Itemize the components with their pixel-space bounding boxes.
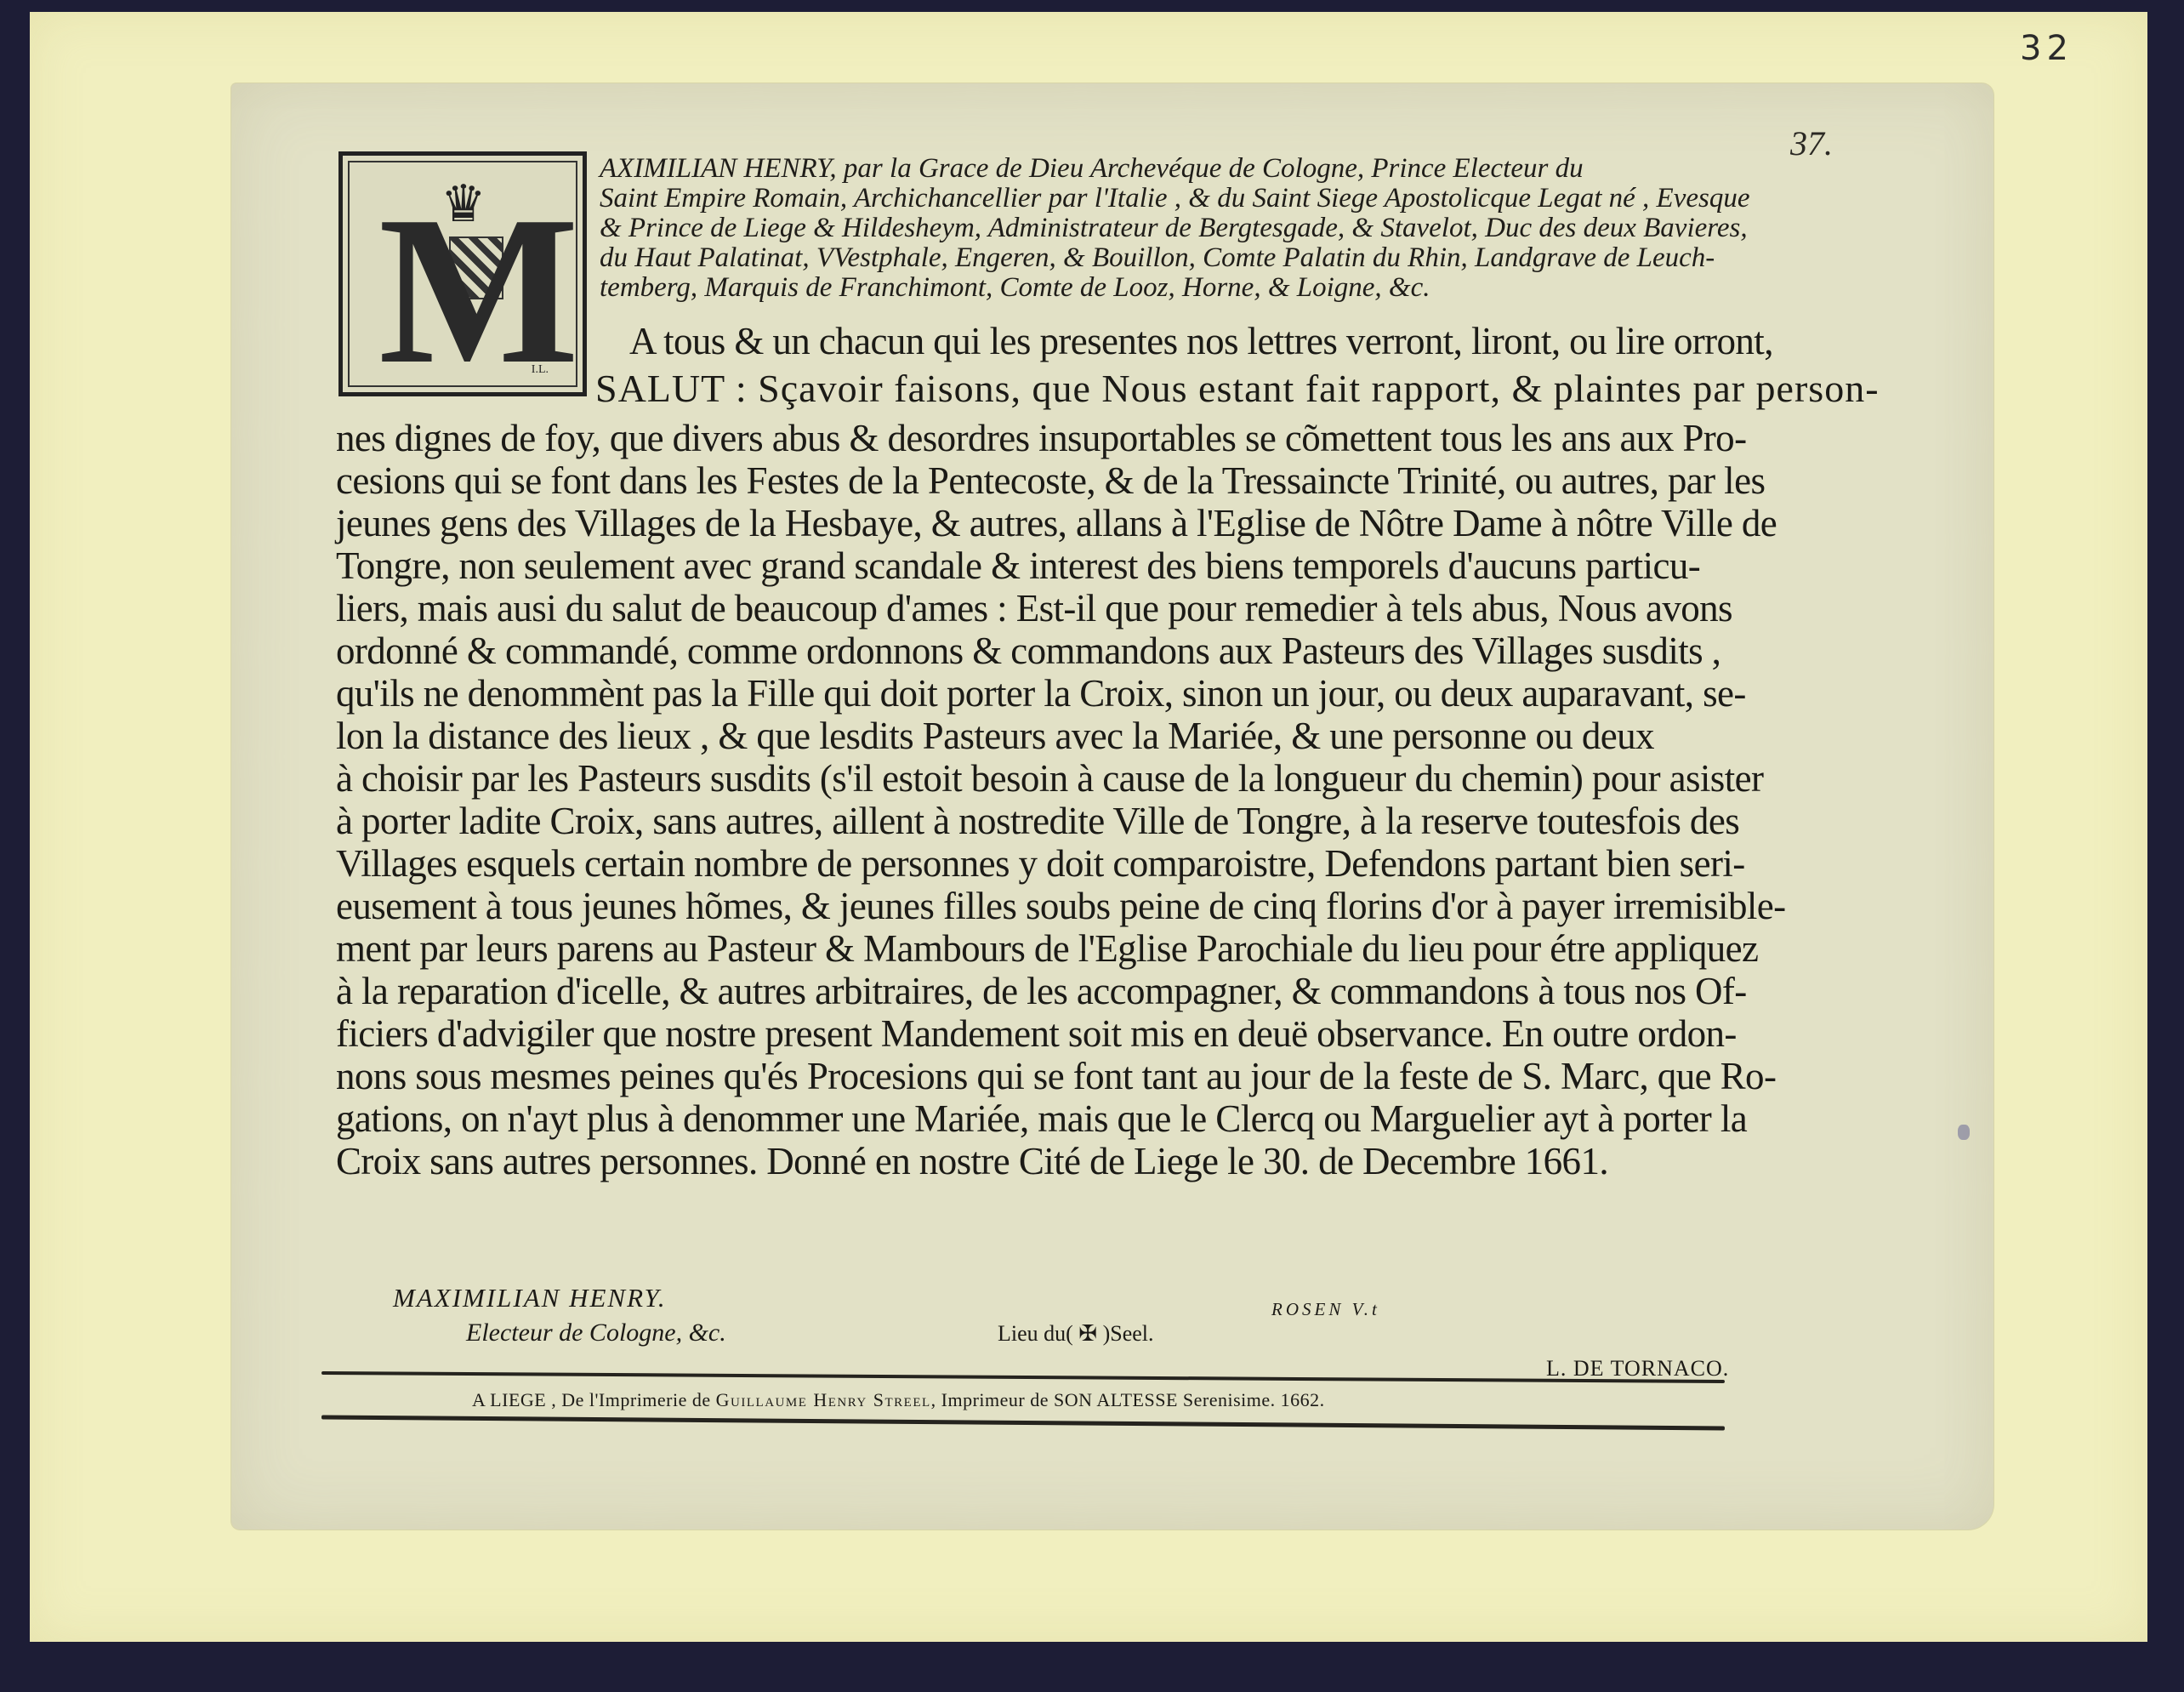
- signatory-title: Electeur de Cologne, &c.: [466, 1319, 726, 1347]
- countersignature: ROSEN V.t: [1271, 1299, 1380, 1320]
- body-line: A tous & un chacun qui les presentes nos…: [629, 320, 1773, 362]
- body-line: Villages esquels certain nombre de perso…: [336, 842, 1745, 885]
- body-line: ment par leurs parens au Pasteur & Mambo…: [336, 927, 1758, 970]
- engraver-initials: I.L.: [532, 363, 549, 377]
- body-line: ficiers d'advigiler que nostre present M…: [336, 1012, 1737, 1055]
- title-line: du Haut Palatinat, VVestphale, Engeren, …: [600, 242, 1715, 273]
- title-line: Saint Empire Romain, Archichancellier pa…: [600, 183, 1749, 214]
- body-line: ordonné & commandé, comme ordonnons & co…: [336, 630, 1720, 672]
- body-line: qu'ils ne denommènt pas la Fille qui doi…: [336, 672, 1746, 715]
- body-line: nons sous mesmes peines qu'és Procesions…: [336, 1055, 1776, 1097]
- imprint-middle: , Imprimeur de: [931, 1389, 1049, 1410]
- imprint-place: A LIEGE ,: [472, 1389, 556, 1410]
- imprint-printer: Guillaume Henry Streel: [716, 1389, 931, 1410]
- body-line: à la reparation d'icelle, & autres arbit…: [336, 970, 1747, 1012]
- body-line: jeunes gens des Villages de la Hesbaye, …: [336, 502, 1777, 544]
- body-line: à choisir par les Pasteurs susdits (s'il…: [336, 757, 1763, 800]
- signatory-name: MAXIMILIAN HENRY.: [393, 1283, 667, 1313]
- title-line: AXIMILIAN HENRY, par la Grace de Dieu Ar…: [600, 153, 1584, 184]
- ink-stain: [1958, 1125, 1970, 1140]
- folio-number: 37.: [1790, 123, 1833, 163]
- title-line: & Prince de Liege & Hildesheym, Administ…: [600, 213, 1748, 243]
- imprint-suffix: Serenisime. 1662.: [1183, 1389, 1325, 1410]
- seal-placeholder: Lieu du( ✠ )Seel.: [998, 1321, 1154, 1347]
- body-line: eusement à tous jeunes hõmes, & jeunes f…: [336, 885, 1786, 927]
- initial-letter: M: [378, 185, 549, 396]
- body-line: Tongre, non seulement avec grand scandal…: [336, 544, 1700, 587]
- body-line: Croix sans autres personnes. Donné en no…: [336, 1140, 1608, 1182]
- decorated-initial-m: ♛ M I.L.: [338, 151, 587, 396]
- body-line: gations, on n'ayt plus à denommer une Ma…: [336, 1097, 1747, 1140]
- secretary-signature: L. DE TORNACO.: [1546, 1356, 1729, 1382]
- body-line: lon la distance des lieux , & que lesdit…: [336, 715, 1654, 757]
- imprint-patron: SON ALTESSE: [1054, 1389, 1178, 1410]
- title-line: temberg, Marquis de Franchimont, Comte d…: [600, 272, 1430, 303]
- printer-imprint: A LIEGE , De l'Imprimerie de Guillaume H…: [472, 1389, 1325, 1411]
- body-line: à porter ladite Croix, sans autres, aill…: [336, 800, 1739, 842]
- body-line: liers, mais ausi du salut de beaucoup d'…: [336, 587, 1732, 630]
- archive-page-number: 32: [2020, 29, 2073, 68]
- imprint-prefix: De l'Imprimerie de: [561, 1389, 710, 1410]
- body-line: cesions qui se font dans les Festes de l…: [336, 459, 1765, 502]
- body-line: nes dignes de foy, que divers abus & des…: [336, 417, 1746, 459]
- body-line: SALUT : Sçavoir faisons, que Nous estant…: [595, 367, 1880, 410]
